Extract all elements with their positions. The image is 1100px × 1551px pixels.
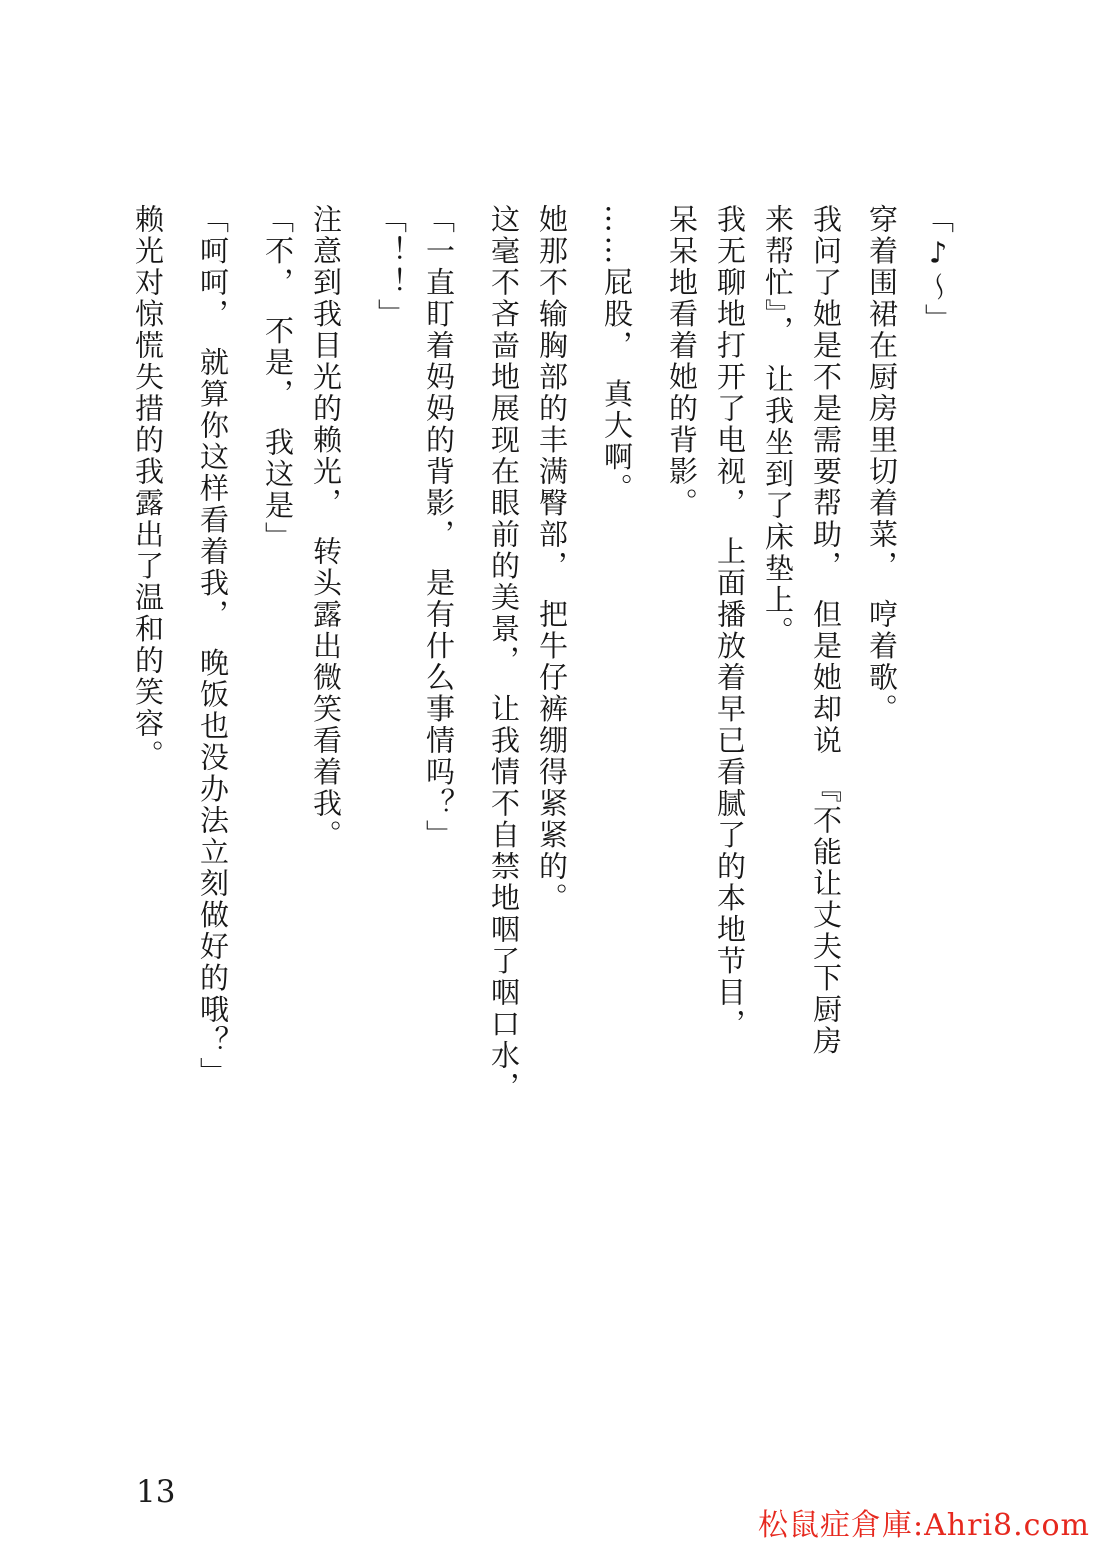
text-line: 「一直盯着妈妈的背影， 是有什么事情吗？」 xyxy=(415,204,463,1156)
text-line: 穿着围裙在厨房里切着菜， 哼着歌。 xyxy=(858,204,906,1156)
text-line: 呆呆地看着她的背影。 xyxy=(658,204,706,1156)
text-line: 她那不输胸部的丰满臀部， 把牛仔裤绷得紧紧的。 xyxy=(528,204,576,1156)
vertical-text-block: 「♪～」穿着围裙在厨房里切着菜， 哼着歌。我问了她是不是需要帮助， 但是她却说 … xyxy=(124,204,962,1156)
watermark: 松鼠症倉庫:Ahri8.com xyxy=(758,1500,1090,1544)
page-number: 13 xyxy=(136,1474,175,1510)
text-line: 赖光对惊慌失措的我露出了温和的笑容。 xyxy=(124,204,172,1156)
text-line: 「不， 不是， 我这是」 xyxy=(254,204,302,1156)
text-line: 我问了她是不是需要帮助， 但是她却说 『不能让丈夫下厨房 xyxy=(802,204,850,1156)
text-line: 来帮忙』， 让我坐到了床垫上。 xyxy=(754,204,802,1156)
text-line: 我无聊地打开了电视， 上面播放着早已看腻了的本地节目， xyxy=(706,204,754,1156)
text-line: 「呵呵， 就算你这样看着我， 晚饭也没办法立刻做好的哦？」 xyxy=(189,204,237,1156)
text-line: 注意到我目光的赖光， 转头露出微笑看着我。 xyxy=(302,204,350,1156)
text-line: 「♪～」 xyxy=(914,204,962,1156)
text-line: 「！！」 xyxy=(367,204,415,1156)
text-line: 这毫不吝啬地展现在眼前的美景， 让我情不自禁地咽了咽口水， xyxy=(480,204,528,1156)
novel-page: 「♪～」穿着围裙在厨房里切着菜， 哼着歌。我问了她是不是需要帮助， 但是她却说 … xyxy=(0,0,1100,1551)
text-line: ……屁股， 真大啊。 xyxy=(593,204,641,1156)
